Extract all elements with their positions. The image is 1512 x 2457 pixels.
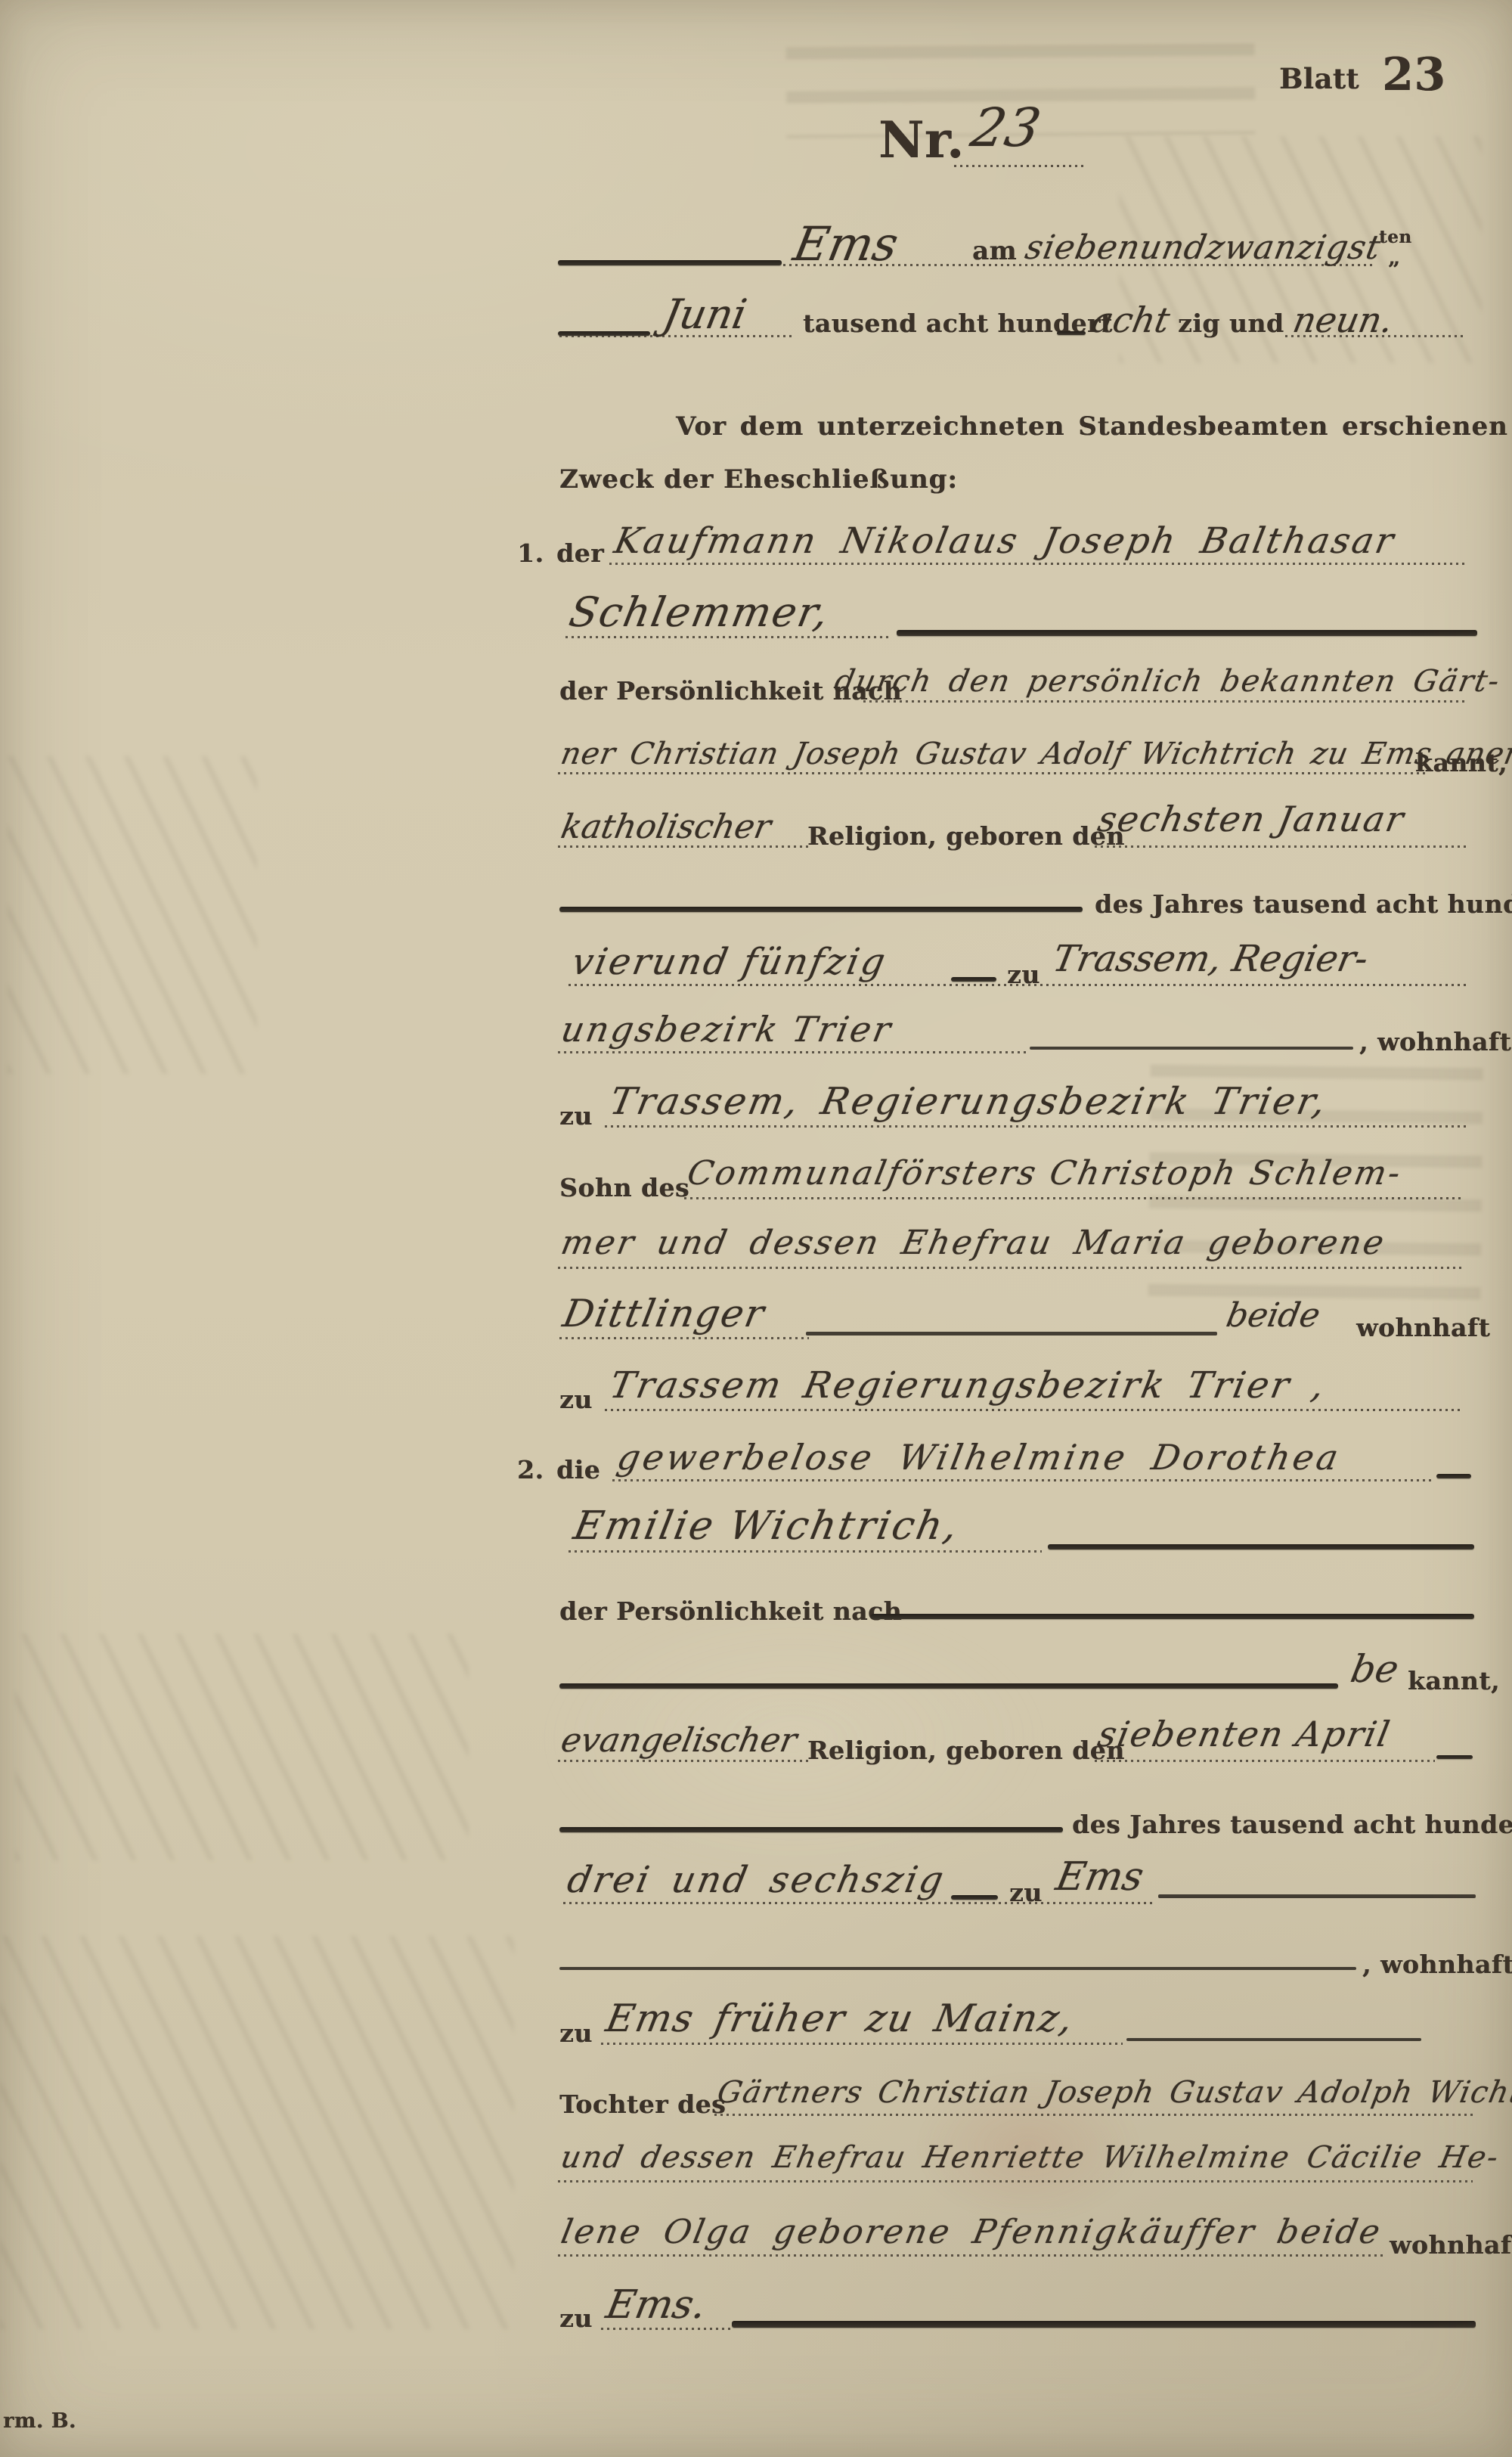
- bride-wohnhaft-label: , wohnhaft: [1362, 1950, 1512, 1979]
- dotted-line: [558, 2180, 1473, 2182]
- fill-line: [559, 907, 1083, 912]
- fill-line: [1048, 1544, 1474, 1550]
- bride-daughter-label: Tochter des: [559, 2089, 726, 2119]
- dotted-line: [1285, 335, 1464, 337]
- bride-religion: evangelischer: [558, 1721, 800, 1760]
- dotted-line: [1095, 1760, 1435, 1762]
- fill-line: [1057, 331, 1086, 335]
- groom-wohnhaft-label: , wohnhaft: [1359, 1027, 1511, 1056]
- nr-value: 23: [966, 97, 1046, 159]
- bride-parents-line-2: und dessen Ehefrau Henriette Wilhelmine …: [558, 2140, 1502, 2175]
- ink-rule: [806, 1332, 1217, 1336]
- groom-recognition-2: ner Christian Joseph Gustav Adolf Wichtr…: [558, 737, 1512, 771]
- bride-number: 2.: [517, 1455, 544, 1484]
- groom-birth-day: sechsten Januar: [1095, 799, 1408, 839]
- dotted-line: [558, 1051, 1027, 1053]
- bride-be: be: [1347, 1647, 1402, 1691]
- bride-zu-label-2: zu: [559, 2018, 593, 2048]
- dotted-line: [863, 700, 1467, 703]
- bride-birth-day: siebenten April: [1095, 1714, 1394, 1754]
- dotted-line: [569, 1550, 1042, 1553]
- dotted-line: [558, 845, 809, 848]
- record-place: Ems: [789, 216, 903, 271]
- blatt-label: Blatt: [1279, 62, 1359, 95]
- ink-rule: [1126, 2038, 1421, 2041]
- groom-zu-label-2: zu: [559, 1101, 593, 1131]
- year-tens: acht: [1089, 299, 1173, 340]
- groom-zu-label-3: zu: [559, 1385, 593, 1414]
- dotted-line: [559, 1337, 809, 1339]
- ink-rule: [559, 1967, 1356, 1970]
- groom-parents-line-2: mer und dessen Ehefrau Maria geborene: [558, 1224, 1390, 1262]
- bride-religion-label: Religion, geboren den: [807, 1736, 1125, 1765]
- fill-line: [558, 260, 782, 265]
- groom-recognition-1: durch den persönlich bekannten Gärt-: [832, 664, 1504, 699]
- bride-year-label: des Jahres tausend acht hundert: [1072, 1810, 1512, 1839]
- bride-zu-label-3: zu: [559, 2303, 593, 2333]
- groom-beide: beide: [1223, 1296, 1323, 1335]
- groom-father: Communalförsters Christoph Schlem-: [684, 1154, 1405, 1193]
- dotted-line: [601, 2328, 731, 2330]
- bride-residence: Ems früher zu Mainz,: [603, 1996, 1078, 2040]
- groom-kannt-label: kannt,: [1415, 748, 1507, 777]
- intro-line-2: Zweck der Eheschließung:: [559, 464, 958, 495]
- blatt-number: 23: [1382, 48, 1446, 101]
- groom-religion: katholischer: [558, 808, 774, 846]
- groom-religion-label: Religion, geboren den: [807, 821, 1125, 851]
- groom-wohnhaft-label-2: wohnhaft: [1356, 1313, 1490, 1342]
- year-ones: neun.: [1290, 299, 1396, 340]
- bride-final-residence: Ems.: [603, 2282, 710, 2328]
- groom-number: 1.: [517, 538, 544, 568]
- dotted-line: [565, 636, 892, 638]
- record-month: Juni: [659, 290, 751, 338]
- dotted-line: [569, 984, 1467, 986]
- dotted-line: [558, 1760, 809, 1762]
- fill-line: [897, 630, 1477, 636]
- form-code: rm. B.: [3, 2409, 76, 2433]
- fill-line: [559, 1683, 1338, 1689]
- bleedthrough-script-leftmargin: [8, 756, 257, 1074]
- groom-year-label: des Jahres tausend acht hundert: [1095, 889, 1512, 919]
- fill-line: [1436, 1755, 1473, 1759]
- groom-article: der: [556, 538, 604, 568]
- groom-mother-maiden: Dittlinger: [559, 1292, 769, 1336]
- dotted-line: [601, 2043, 1123, 2045]
- register-page: Blatt 23 Nr. 23 Ems am siebenundzwanzigs…: [0, 0, 1512, 2457]
- bride-father: Gärtners Christian Joseph Gustav Adolph …: [714, 2075, 1512, 2110]
- groom-parents-residence: Trassem Regierungsbezirk Trier ,: [606, 1364, 1330, 1407]
- bleedthrough-script-midleft: [15, 1633, 469, 1860]
- ditto-mark: „: [1388, 245, 1401, 270]
- groom-birth-year: vierund fünfzig: [569, 941, 891, 983]
- bride-personality-label: der Persönlichkeit nach: [559, 1596, 902, 1626]
- nr-label: Nr.: [878, 110, 965, 169]
- record-day: siebenundzwanzigst: [1022, 228, 1384, 267]
- ten-suffix-label: ten: [1379, 227, 1411, 247]
- dotted-line: [558, 2254, 1386, 2257]
- dotted-line: [605, 1409, 1463, 1411]
- bride-birthplace: Ems: [1052, 1854, 1148, 1900]
- bride-wohnhaft-label-2: wohnhaft: [1390, 2230, 1512, 2260]
- dotted-line: [1095, 845, 1467, 848]
- ink-rule: [1158, 1894, 1476, 1898]
- bride-kannt-label: kannt,: [1408, 1666, 1500, 1695]
- dotted-line: [558, 1267, 1465, 1269]
- fill-line: [732, 2321, 1476, 2328]
- dotted-line: [954, 165, 1087, 167]
- groom-occupation-names: Kaufmann Nikolaus Joseph Balthasar: [611, 520, 1399, 562]
- dotted-line: [563, 1902, 1153, 1904]
- groom-residence: Trassem, Regierungsbezirk Trier,: [606, 1080, 1331, 1123]
- dotted-line: [609, 563, 1467, 565]
- bride-article: die: [556, 1455, 600, 1484]
- dotted-line: [605, 1125, 1467, 1128]
- fill-line: [871, 1614, 1474, 1619]
- bride-parents-line-3: lene Olga geborene Pfennigkäuffer beide: [558, 2213, 1385, 2251]
- bleedthrough-script-bottomleft: [0, 1936, 514, 2329]
- bride-birth-year: drei und sechszig: [564, 1859, 949, 1901]
- groom-surname: Schlemmer,: [565, 588, 834, 636]
- bride-status-names: gewerbelose Wilhelmine Dorothea: [614, 1437, 1345, 1478]
- bride-names-2: Emilie Wichtrich,: [570, 1503, 963, 1549]
- fill-line: [559, 1827, 1063, 1832]
- fill-line: [951, 1895, 998, 1900]
- dotted-line: [714, 2114, 1474, 2116]
- dotted-line: [558, 772, 1427, 774]
- ink-rule: [1030, 1047, 1353, 1050]
- zig-und-label: zig und: [1178, 309, 1284, 338]
- groom-birthplace-2: ungsbezirk Trier: [558, 1009, 897, 1050]
- groom-son-label: Sohn des: [559, 1173, 689, 1202]
- fill-line: [951, 977, 996, 982]
- dotted-line: [684, 1197, 1461, 1199]
- fill-line: [1436, 1474, 1471, 1478]
- am-label: am: [972, 236, 1017, 266]
- groom-birthplace-1: Trassem, Regier-: [1049, 938, 1371, 980]
- intro-line-1: Vor dem unterzeichneten Standesbeamten e…: [676, 411, 1512, 442]
- dotted-line: [612, 1479, 1433, 1481]
